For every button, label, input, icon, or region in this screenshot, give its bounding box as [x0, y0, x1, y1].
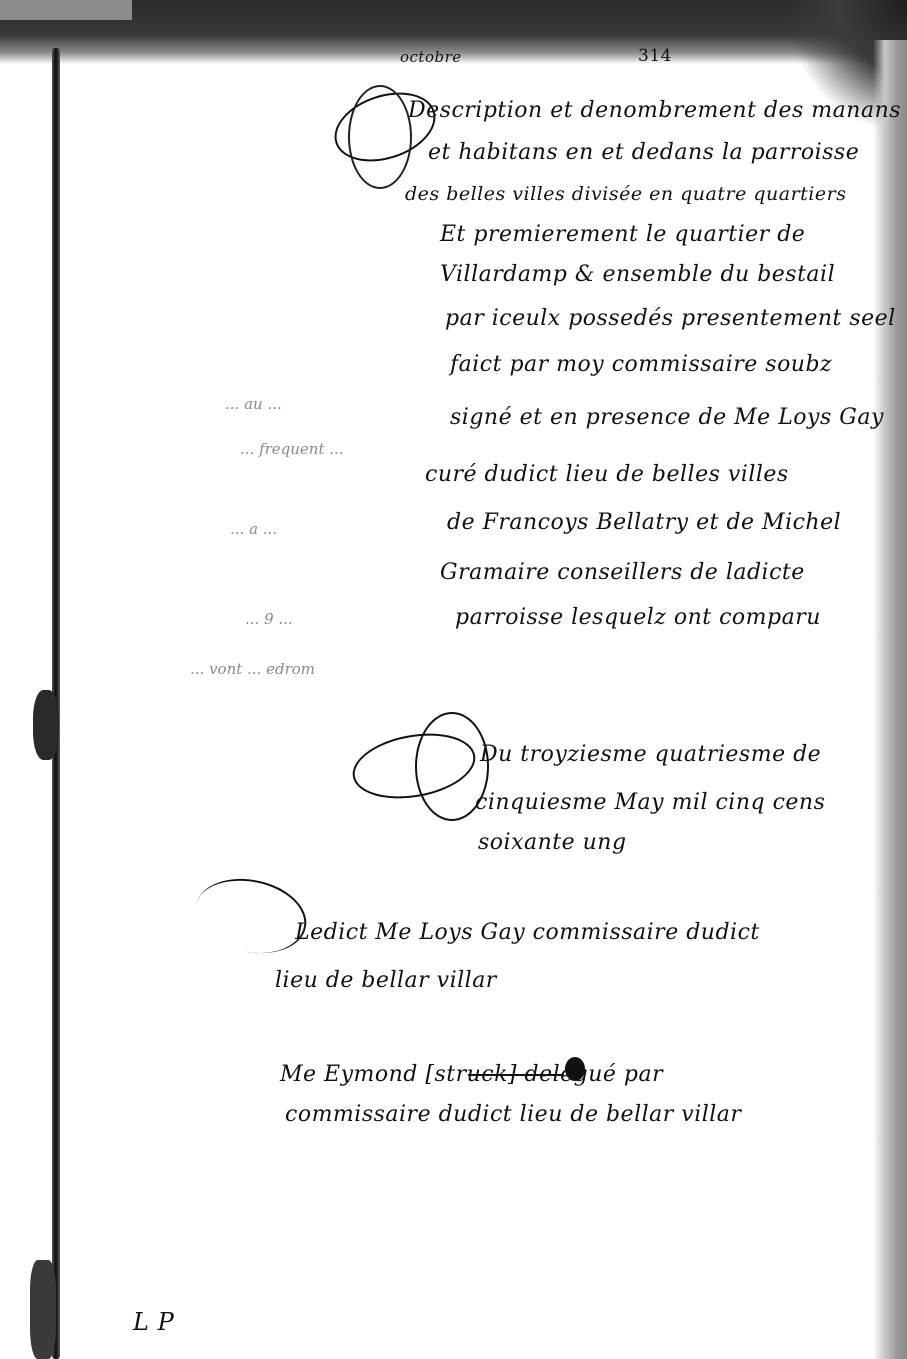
date-line: Du troyziesme quatriesme de [480, 742, 821, 767]
heading-line: signé et en presence de Me Loys Gay [450, 405, 884, 430]
heading-line: curé dudict lieu de belles villes [425, 462, 789, 487]
bleed-line: ... au ... [225, 395, 282, 413]
heading-line: et habitans en et dedans la parroisse [428, 140, 859, 165]
strikethrough [468, 1074, 563, 1076]
heading-line: Gramaire conseillers de ladicte [440, 560, 805, 585]
heading-line: par iceulx possedés presentement seel [445, 306, 896, 331]
initial-flourish-loop [348, 85, 412, 189]
heading-line: Villardamp & ensemble du bestail [440, 262, 835, 287]
ink-blot [565, 1057, 585, 1081]
binding-thread-knot [33, 690, 59, 760]
heading-line: faict par moy commissaire soubz [450, 352, 832, 377]
binding-thread-bottom [30, 1260, 56, 1359]
entry-line: commissaire dudict lieu de bellar villar [285, 1102, 741, 1127]
bleed-line: ... a ... [230, 520, 277, 538]
footer-mark: L P [133, 1308, 174, 1336]
running-title: octobre [400, 48, 462, 66]
bleed-line: ... vont ... edrom [190, 660, 315, 678]
date-line: cinquiesme May mil cinq cens [475, 790, 825, 815]
bleed-line: ... frequent ... [240, 440, 344, 458]
heading-line: des belles villes divisée en quatre quar… [405, 183, 846, 205]
entry-flourish [189, 869, 314, 963]
heading-line: Description et denombrement des manans [408, 98, 901, 123]
date-line: soixante ung [478, 830, 627, 855]
folio-number: 314 [638, 46, 672, 66]
entry-line: lieu de bellar villar [275, 968, 497, 993]
heading-line: Et premierement le quartier de [440, 222, 805, 247]
heading-line: de Francoys Bellatry et de Michel [447, 510, 841, 535]
page-edge-shadow [873, 40, 907, 1359]
bleed-line: ... 9 ... [245, 610, 293, 628]
scan-shadow-corner [0, 0, 132, 20]
entry-line: Ledict Me Loys Gay commissaire dudict [295, 920, 760, 945]
heading-line: parroisse lesquelz ont comparu [455, 605, 821, 630]
